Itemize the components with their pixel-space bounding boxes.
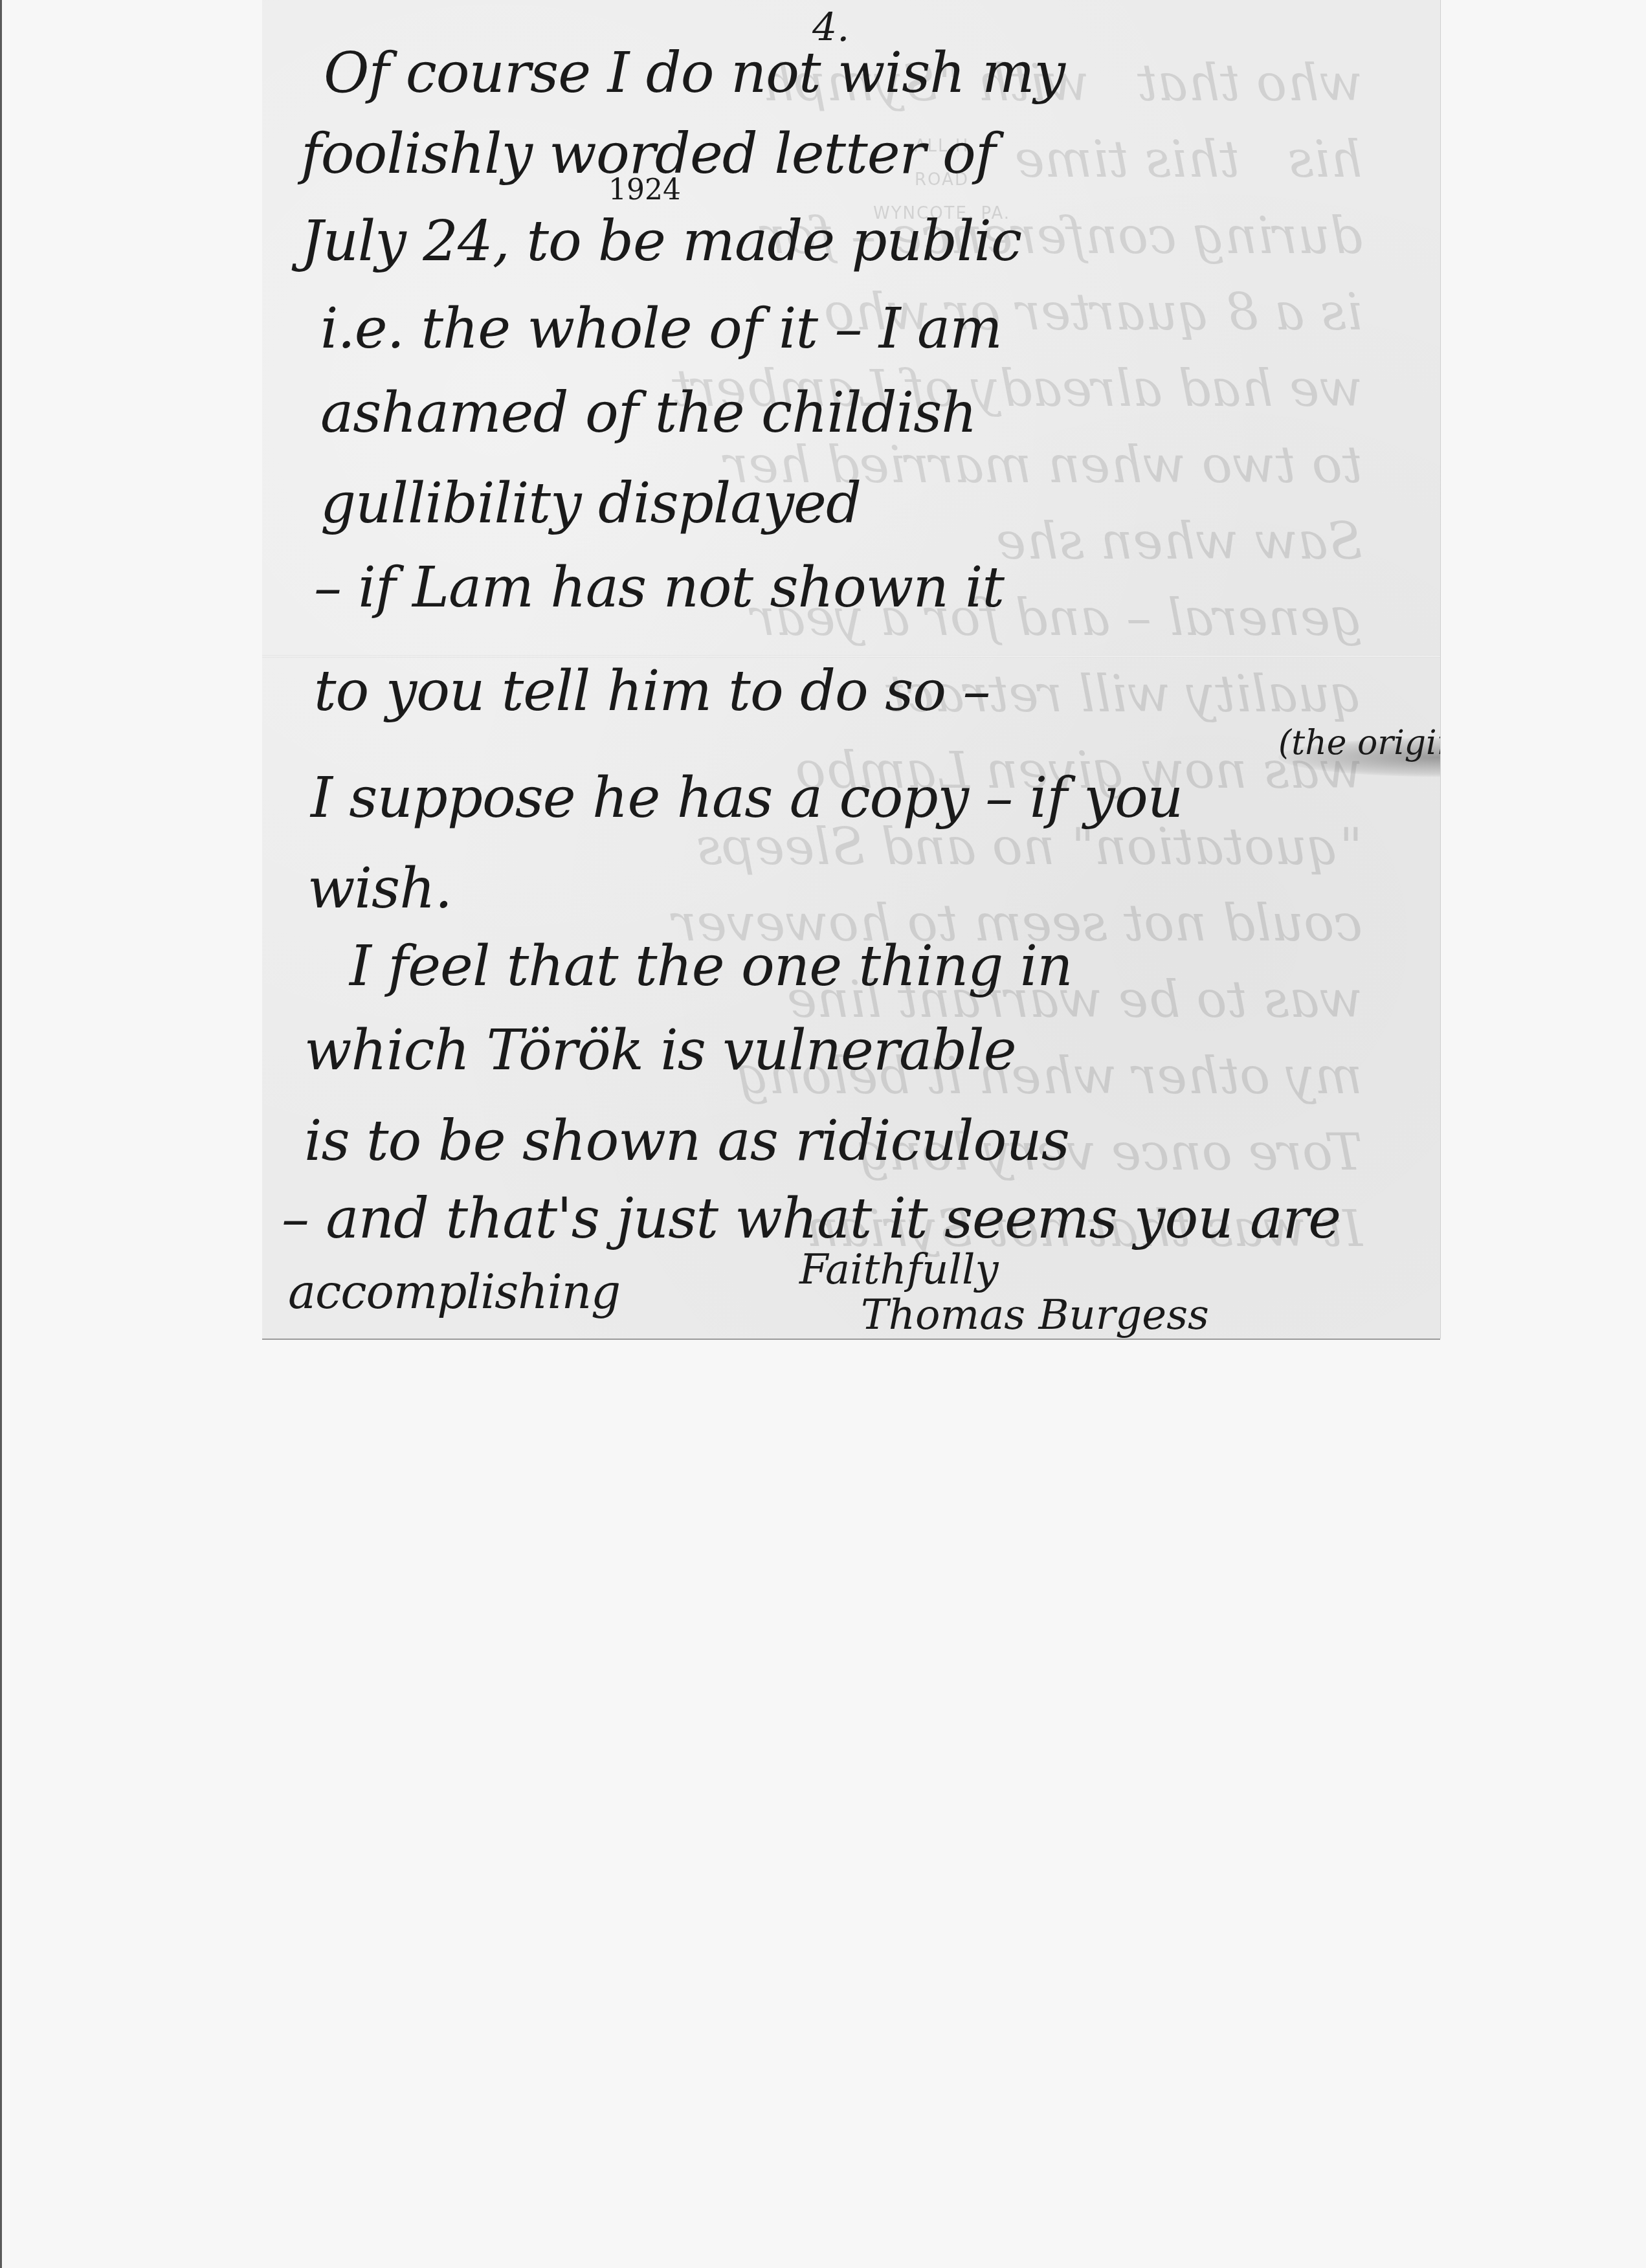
interlinear-annotation: (the original in fact) [1278,724,1440,762]
letter-line-4: i.e. the whole of it – I am [320,301,1002,357]
letter-line-15: accomplishing [288,1269,620,1315]
letter-line-9: I suppose he has a copy – if you [311,770,1183,826]
letter-line-1: Of course I do not wish my [324,45,1065,101]
letter-line-11: I feel that the one thing in [350,939,1073,994]
letter-line-12: which Török is vulnerable [304,1023,1016,1078]
letter-page: who that with "Symph his this time durin… [262,0,1440,1339]
letter-line-13: is to be shown as ridiculous [304,1113,1069,1169]
letter-line-14: – and that's just what it seems you are [282,1191,1340,1247]
letter-line-3: July 24, to be made public [301,214,1021,269]
letter-line-7: – if Lam has not shown it [314,560,1004,616]
inserted-year: 1924 [608,173,681,206]
signature: Thomas Burgess [861,1291,1209,1339]
letter-line-6: gullibility displayed [320,476,861,531]
scanner-edge-line [0,0,2,2268]
letter-line-8: to you tell him to do so – [314,663,990,719]
closing-salutation: Faithfully [799,1246,999,1294]
letter-line-10: wish. [307,861,452,917]
letter-line-5: ashamed of the childish [320,385,977,441]
fold-crease [262,655,1440,658]
